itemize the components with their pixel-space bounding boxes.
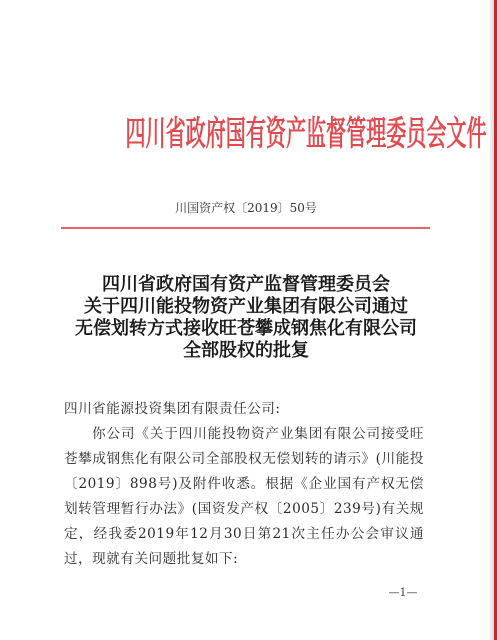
- body-text: 四川省能源投资集团有限责任公司: 你公司《关于四川能投物资产业集团有限公司接受旺…: [64, 397, 424, 572]
- subject-line-4: 全部股权的批复: [0, 340, 492, 362]
- addressee: 四川省能源投资集团有限责任公司:: [64, 397, 424, 422]
- subject-line-2: 关于四川能投物资产业集团有限公司通过: [0, 296, 492, 318]
- document-number: 川国资产权〔2019〕50号: [0, 200, 492, 216]
- subject-heading: 四川省政府国有资产监督管理委员会 关于四川能投物资产业集团有限公司通过 无偿划转…: [0, 274, 492, 362]
- page-number: —1—: [386, 585, 420, 601]
- body-paragraph: 你公司《关于四川能投物资产业集团有限公司接受旺苍攀成钢焦化有限公司全部股权无偿划…: [64, 422, 424, 572]
- masthead-title: 四川省政府国有资产监督管理委员会文件: [0, 110, 492, 158]
- subject-line-1: 四川省政府国有资产监督管理委员会: [0, 274, 492, 296]
- document-page: 四川省政府国有资产监督管理委员会文件 川国资产权〔2019〕50号 四川省政府国…: [0, 0, 492, 640]
- subject-line-3: 无偿划转方式接收旺苍攀成钢焦化有限公司: [0, 318, 492, 340]
- red-divider-line: [61, 227, 430, 229]
- masthead-text: 四川省政府国有资产监督管理委员会文件: [125, 110, 486, 158]
